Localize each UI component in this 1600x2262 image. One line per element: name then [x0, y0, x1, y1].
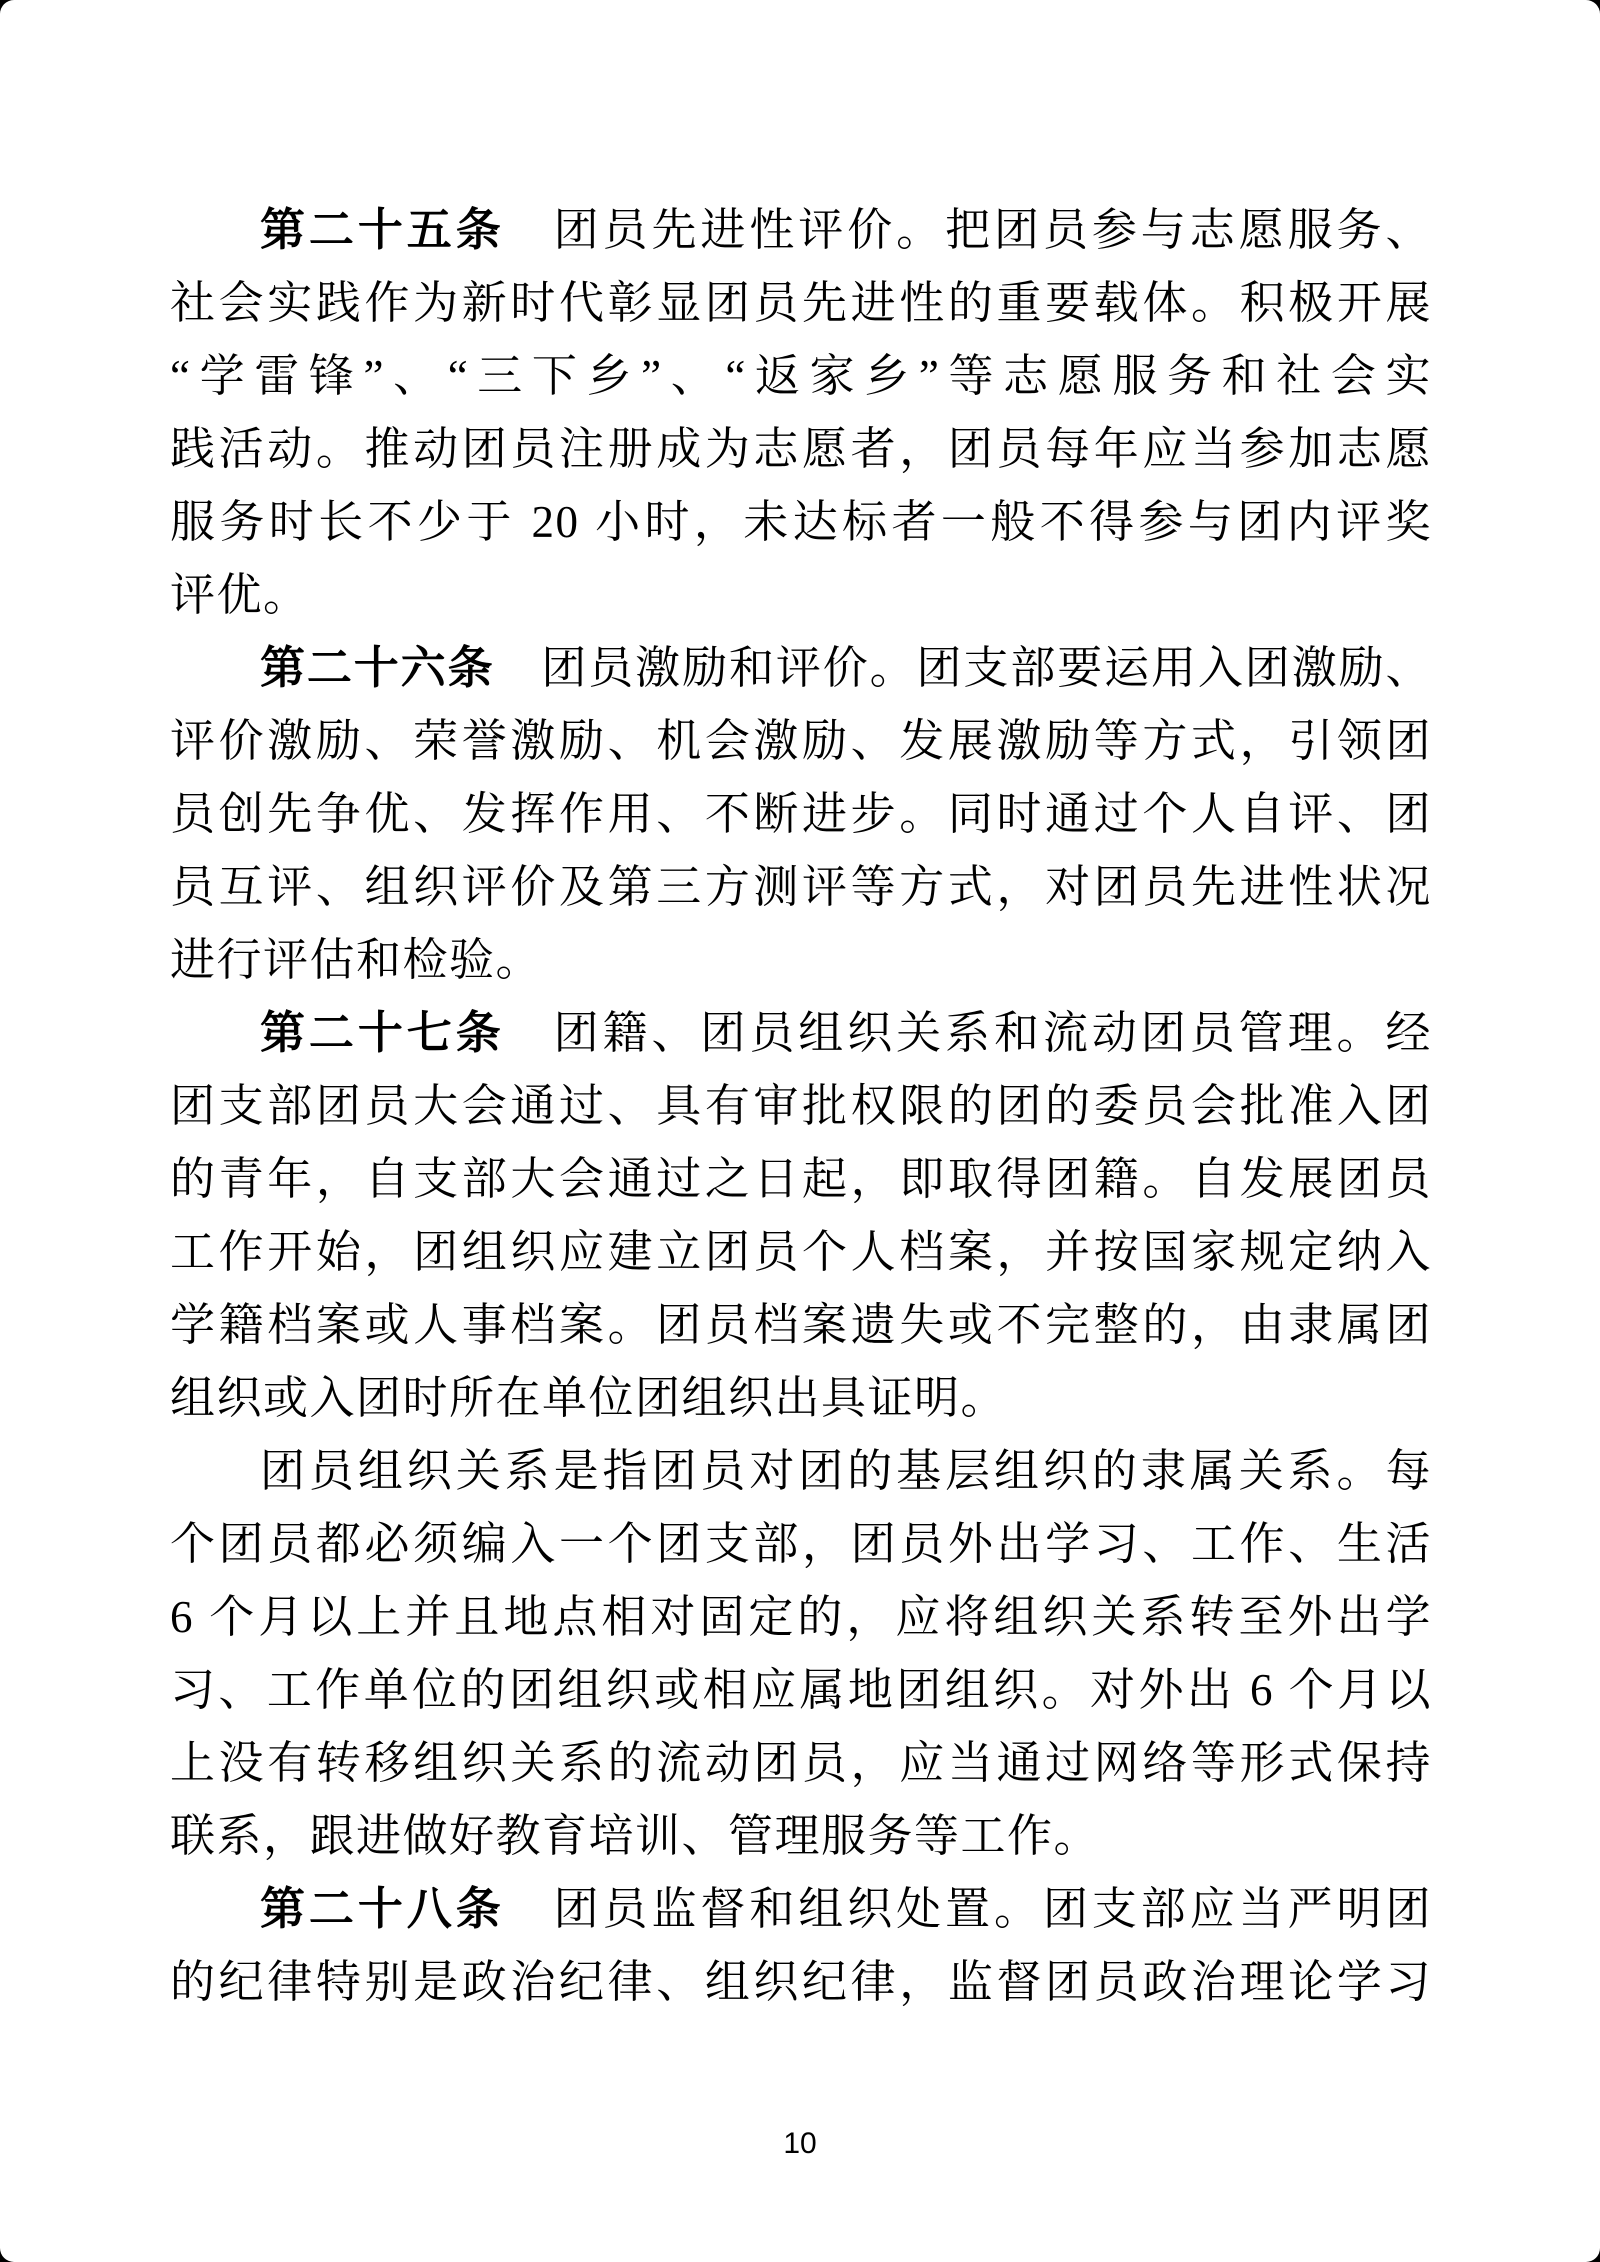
- text-line: 服务时长不少于 20 小时，未达标者一般不得参与团内评奖: [170, 486, 1432, 559]
- text-line: 评价激励、荣誉激励、机会激励、发展激励等方式，引领团: [170, 705, 1432, 778]
- line-text: 评价激励、荣誉激励、机会激励、发展激励等方式，引领团: [170, 716, 1432, 766]
- text-line: 社会实践作为新时代彰显团员先进性的重要载体。积极开展: [170, 267, 1432, 340]
- line-text: 工作开始，团组织应建立团员个人档案，并按国家规定纳入: [170, 1227, 1432, 1277]
- text-line: 的青年，自支部大会通过之日起，即取得团籍。自发展团员: [170, 1143, 1432, 1216]
- line-text: 员创先争优、发挥作用、不断进步。同时通过个人自评、团: [170, 789, 1432, 839]
- line-text: 团员监督和组织处置。团支部应当严明团: [505, 1884, 1432, 1934]
- text-line: 员互评、组织评价及第三方测评等方式，对团员先进性状况: [170, 851, 1432, 924]
- article-number: 第二十六条: [260, 643, 494, 693]
- line-text: 评优。: [170, 570, 310, 620]
- line-text: 践活动。推动团员注册成为志愿者，团员每年应当参加志愿: [170, 424, 1432, 474]
- page-footer: 10: [0, 2126, 1600, 2162]
- text-line: 上没有转移组织关系的流动团员，应当通过网络等形式保持: [170, 1727, 1432, 1800]
- text-line: 习、工作单位的团组织或相应属地团组织。对外出 6 个月以: [170, 1654, 1432, 1727]
- line-text: 6 个月以上并且地点相对固定的，应将组织关系转至外出学: [170, 1592, 1432, 1642]
- text-line: 个团员都必须编入一个团支部，团员外出学习、工作、生活: [170, 1508, 1432, 1581]
- text-line: 进行评估和检验。: [170, 924, 1432, 997]
- line-text: 的青年，自支部大会通过之日起，即取得团籍。自发展团员: [170, 1154, 1432, 1204]
- line-text: 服务时长不少于 20 小时，未达标者一般不得参与团内评奖: [170, 497, 1432, 547]
- line-text: 社会实践作为新时代彰显团员先进性的重要载体。积极开展: [170, 278, 1432, 328]
- text-line: 评优。: [170, 559, 1432, 632]
- text-line: 第二十八条 团员监督和组织处置。团支部应当严明团: [170, 1873, 1432, 1946]
- line-text: “学雷锋”、“三下乡”、“返家乡”等志愿服务和社会实: [170, 351, 1432, 401]
- text-line: 联系，跟进做好教育培训、管理服务等工作。: [170, 1800, 1432, 1873]
- line-text: 学籍档案或人事档案。团员档案遗失或不完整的，由隶属团: [170, 1300, 1432, 1350]
- text-line: 第二十七条 团籍、团员组织关系和流动团员管理。经: [170, 997, 1432, 1070]
- text-line: 团员组织关系是指团员对团的基层组织的隶属关系。每: [170, 1435, 1432, 1508]
- text-line: 6 个月以上并且地点相对固定的，应将组织关系转至外出学: [170, 1581, 1432, 1654]
- text-line: 第二十五条 团员先进性评价。把团员参与志愿服务、: [170, 194, 1432, 267]
- line-text: 上没有转移组织关系的流动团员，应当通过网络等形式保持: [170, 1738, 1432, 1788]
- text-line: 学籍档案或人事档案。团员档案遗失或不完整的，由隶属团: [170, 1289, 1432, 1362]
- line-text: 员互评、组织评价及第三方测评等方式，对团员先进性状况: [170, 862, 1432, 912]
- line-text: 团员先进性评价。把团员参与志愿服务、: [505, 205, 1432, 255]
- text-line: 工作开始，团组织应建立团员个人档案，并按国家规定纳入: [170, 1216, 1432, 1289]
- line-text: 组织或入团时所在单位团组织出具证明。: [170, 1373, 1007, 1423]
- page-number: 10: [783, 2127, 816, 2160]
- line-text: 的纪律特别是政治纪律、组织纪律，监督团员政治理论学习: [170, 1957, 1432, 2007]
- text-line: 组织或入团时所在单位团组织出具证明。: [170, 1362, 1432, 1435]
- line-text: 团员组织关系是指团员对团的基层组织的隶属关系。每: [260, 1446, 1432, 1496]
- line-text: 团员激励和评价。团支部要运用入团激励、: [494, 643, 1432, 693]
- line-text: 习、工作单位的团组织或相应属地团组织。对外出 6 个月以: [170, 1665, 1432, 1715]
- line-text: 团支部团员大会通过、具有审批权限的团的委员会批准入团: [170, 1081, 1432, 1131]
- document-body: 第二十五条 团员先进性评价。把团员参与志愿服务、社会实践作为新时代彰显团员先进性…: [170, 194, 1432, 2019]
- text-line: “学雷锋”、“三下乡”、“返家乡”等志愿服务和社会实: [170, 340, 1432, 413]
- text-line: 践活动。推动团员注册成为志愿者，团员每年应当参加志愿: [170, 413, 1432, 486]
- article-number: 第二十八条: [260, 1884, 505, 1934]
- line-text: 团籍、团员组织关系和流动团员管理。经: [505, 1008, 1432, 1058]
- article-number: 第二十七条: [260, 1008, 505, 1058]
- text-line: 员创先争优、发挥作用、不断进步。同时通过个人自评、团: [170, 778, 1432, 851]
- document-page: 第二十五条 团员先进性评价。把团员参与志愿服务、社会实践作为新时代彰显团员先进性…: [0, 0, 1600, 2262]
- article-number: 第二十五条: [260, 205, 505, 255]
- text-line: 第二十六条 团员激励和评价。团支部要运用入团激励、: [170, 632, 1432, 705]
- line-text: 个团员都必须编入一个团支部，团员外出学习、工作、生活: [170, 1519, 1432, 1569]
- text-line: 的纪律特别是政治纪律、组织纪律，监督团员政治理论学习: [170, 1946, 1432, 2019]
- line-text: 联系，跟进做好教育培训、管理服务等工作。: [170, 1811, 1100, 1861]
- line-text: 进行评估和检验。: [170, 935, 542, 985]
- text-line: 团支部团员大会通过、具有审批权限的团的委员会批准入团: [170, 1070, 1432, 1143]
